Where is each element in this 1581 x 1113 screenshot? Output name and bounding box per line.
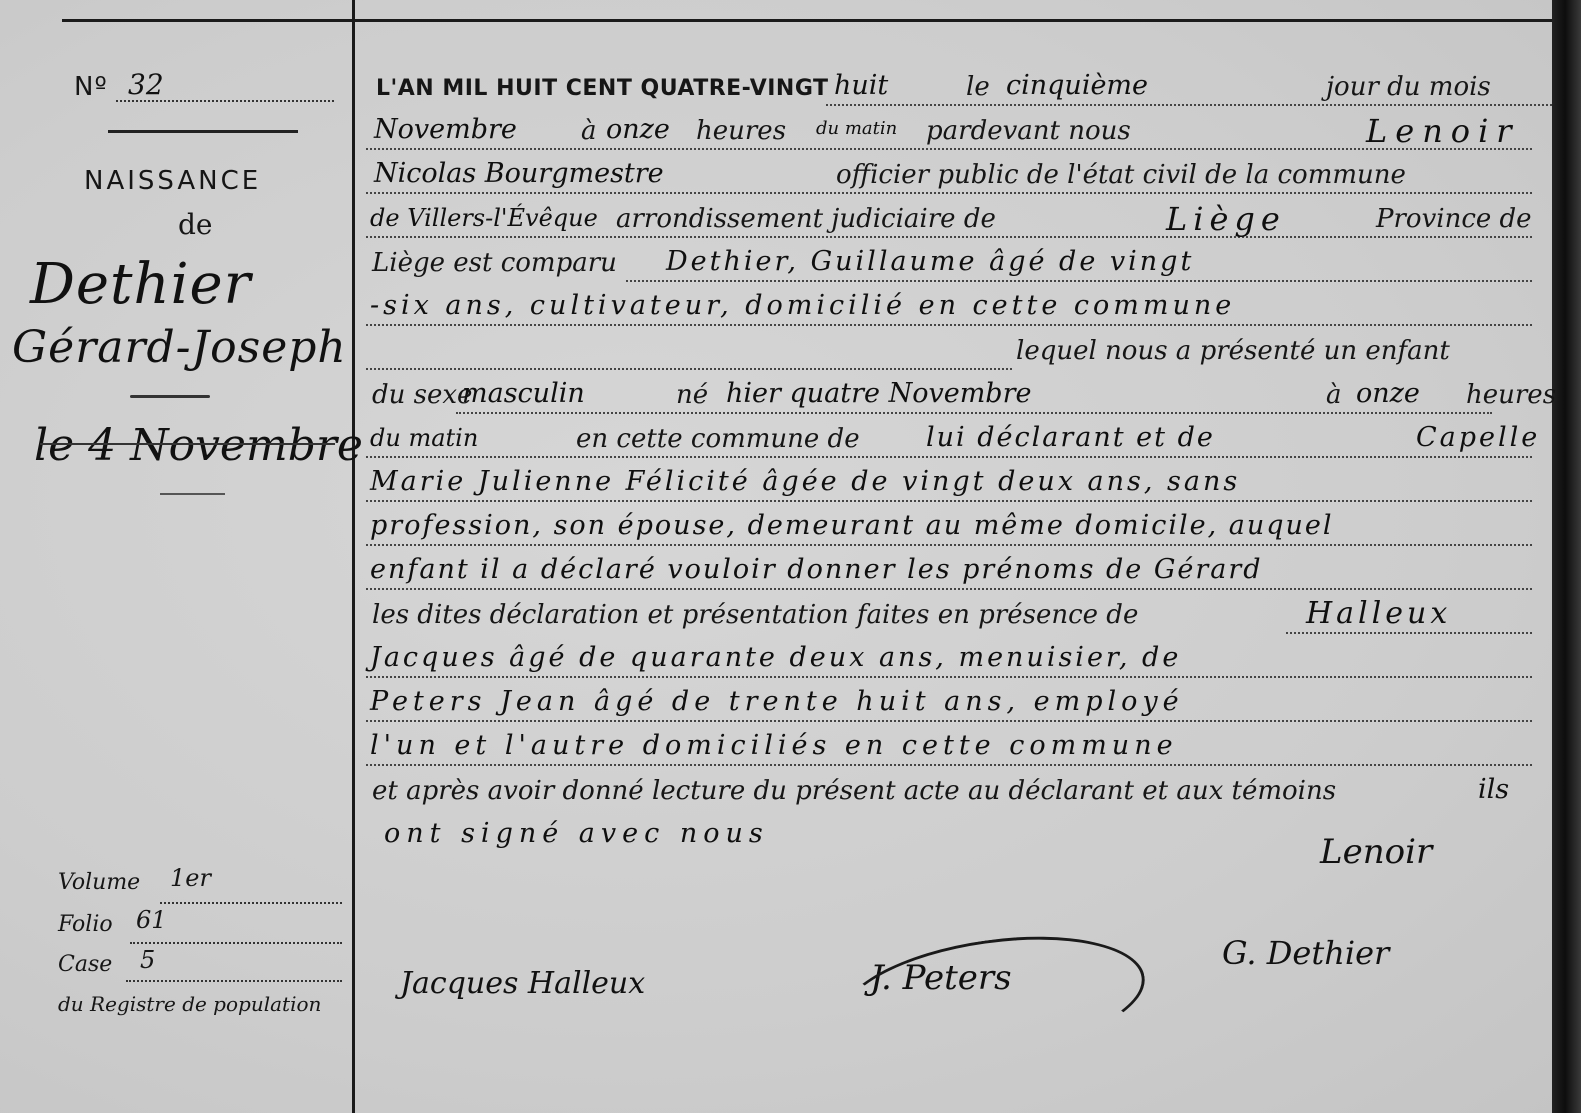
folio-label: Folio [58, 912, 113, 937]
line-dotted-rule [456, 412, 1492, 414]
register-footer: du Registre de population [58, 992, 321, 1016]
handwritten-text: l'un et l'autre domiciliés en cette comm… [370, 730, 1178, 761]
handwritten-text: profession, son épouse, demeurant au mêm… [370, 510, 1334, 541]
line-dotted-rule [366, 676, 1532, 678]
body-line: l'un et l'autre domiciliés en cette comm… [366, 728, 1552, 770]
printed-text: pardevant nous [926, 116, 1131, 146]
signature-flourish [833, 919, 1152, 1076]
handwritten-text: Jacques âgé de quarante deux ans, menuis… [370, 642, 1181, 673]
line-dotted-rule [626, 280, 1532, 282]
printed-text: officier public de l'état civil de la co… [836, 160, 1406, 190]
line-dotted-rule [366, 720, 1532, 722]
case-label: Case [58, 952, 112, 977]
line-dotted-rule [366, 368, 1012, 370]
body-line: profession, son épouse, demeurant au mêm… [366, 508, 1552, 550]
handwritten-text: huit [834, 70, 888, 101]
printed-text: arrondissement judiciaire de [616, 204, 996, 234]
line-dotted-rule [826, 104, 1552, 106]
record-type-title: NAISSANCE [84, 166, 261, 196]
handwritten-text: Novembre [374, 114, 517, 145]
handwritten-text: Peters Jean âgé de trente huit ans, empl… [370, 686, 1184, 717]
printed-text: né [676, 380, 708, 410]
line-dotted-rule [366, 324, 1532, 326]
line-dotted-rule [366, 588, 1532, 590]
body-line: Nicolas Bourgmestre officier public de l… [366, 156, 1552, 198]
handwritten-text: onze [1356, 378, 1420, 409]
line-dotted-rule [366, 236, 1532, 238]
body-line: Marie Julienne Félicité âgée de vingt de… [366, 464, 1552, 506]
handwritten-text: Dethier, Guillaume âgé de vingt [666, 246, 1194, 277]
body-line: lequel nous a présenté un enfant [366, 332, 1552, 374]
printed-text: à [1326, 380, 1342, 410]
column-divider [352, 0, 355, 1113]
printed-text: Province de [1376, 204, 1532, 234]
printed-text: du sexe [372, 380, 472, 410]
line-dotted-rule [1286, 632, 1532, 634]
body-line: les dites déclaration et présentation fa… [366, 596, 1552, 638]
printed-text: et après avoir donné lecture du présent … [372, 776, 1336, 806]
top-rule [62, 19, 1552, 22]
case-value: 5 [140, 946, 155, 974]
printed-text: Liège est comparu [372, 248, 617, 278]
binding-edge [1552, 0, 1581, 1113]
folio-dotted-line [130, 942, 342, 944]
printed-text: lequel nous a présenté un enfant [1016, 336, 1450, 366]
handwritten-text: cinquième [1006, 70, 1148, 101]
printed-text: à [581, 116, 597, 146]
entry-number-dotted-line [116, 100, 334, 102]
folio-value: 61 [136, 906, 167, 934]
child-given-names: Gérard-Joseph [12, 322, 347, 373]
handwritten-text: de Villers-l'Évêque [370, 204, 598, 232]
body-line: Liège est comparu Dethier, Guillaume âgé… [366, 244, 1552, 286]
printed-text: jour du mois [1326, 72, 1491, 102]
body-line: L'AN MIL HUIT CENT QUATRE-VINGT huit le … [366, 68, 1552, 110]
line-dotted-rule [366, 192, 1532, 194]
body-line: enfant il a déclaré vouloir donner les p… [366, 552, 1552, 594]
margin-short-rule [160, 493, 225, 495]
body-line: et après avoir donné lecture du présent … [366, 772, 1552, 814]
handwritten-text: hier quatre Novembre [726, 378, 1031, 409]
handwritten-text: du matin [816, 118, 897, 139]
handwritten-text: Nicolas Bourgmestre [374, 158, 664, 189]
entry-number-label: Nº [74, 72, 108, 102]
printed-text: heures [696, 116, 786, 146]
body-line: -six ans, cultivateur, domicilié en cett… [366, 288, 1552, 330]
line-dotted-rule [366, 764, 1532, 766]
volume-label: Volume [58, 870, 140, 895]
record-type-preposition: de [178, 208, 213, 241]
handwritten-text: Lenoir [1366, 112, 1520, 150]
printed-text: les dites déclaration et présentation fa… [372, 600, 1138, 630]
line-dotted-rule [366, 500, 1532, 502]
handwritten-text: onze [606, 114, 670, 145]
body-line: de Villers-l'Évêque arrondissement judic… [366, 200, 1552, 242]
signature-witness-1: Jacques Halleux [400, 966, 645, 1001]
line-dotted-rule [366, 148, 1532, 150]
child-surname: Dethier [30, 252, 251, 317]
volume-dotted-line [160, 902, 342, 904]
signature-declarant: G. Dethier [1222, 934, 1389, 972]
body-line: du matin en cette commune de lui déclara… [366, 420, 1552, 462]
handwritten-text: Halleux [1306, 596, 1451, 631]
body-line: du sexe masculin né hier quatre Novembre… [366, 376, 1552, 418]
handwritten-text: Liège [1166, 200, 1286, 238]
handwritten-text: du matin [370, 424, 478, 452]
body-line: Jacques âgé de quarante deux ans, menuis… [366, 640, 1552, 682]
handwritten-text: enfant il a déclaré vouloir donner les p… [370, 554, 1263, 585]
margin-thick-rule [108, 130, 298, 133]
body-line: Novembre à onze heures du matin pardevan… [366, 112, 1552, 154]
printed-text: le [966, 72, 990, 102]
printed-text: en cette commune de [576, 424, 860, 454]
handwritten-text: masculin [462, 378, 585, 409]
handwritten-text: Marie Julienne Félicité âgée de vingt de… [370, 466, 1240, 497]
handwritten-text: -six ans, cultivateur, domicilié en cett… [370, 290, 1235, 321]
volume-value: 1er [170, 864, 211, 892]
printed-text: L'AN MIL HUIT CENT QUATRE-VINGT [376, 76, 829, 101]
handwritten-text: Capelle [1416, 422, 1540, 453]
margin-date-underline [40, 443, 335, 445]
handwritten-text: ont signé avec nous [384, 818, 769, 849]
tilde-mark [130, 395, 210, 398]
case-dotted-line [126, 980, 342, 982]
printed-text: heures [1466, 380, 1556, 410]
entry-number-value: 32 [128, 68, 164, 101]
signature-officer: Lenoir [1320, 832, 1432, 872]
handwritten-text: lui déclarant et de [926, 422, 1215, 453]
body-line: Peters Jean âgé de trente huit ans, empl… [366, 684, 1552, 726]
line-dotted-rule [366, 456, 1532, 458]
line-dotted-rule [366, 544, 1532, 546]
birth-date: le 4 Novembre [34, 420, 363, 471]
handwritten-text: ils [1478, 774, 1509, 805]
register-page: Nº 32 NAISSANCE de Dethier Gérard-Joseph… [0, 0, 1581, 1113]
